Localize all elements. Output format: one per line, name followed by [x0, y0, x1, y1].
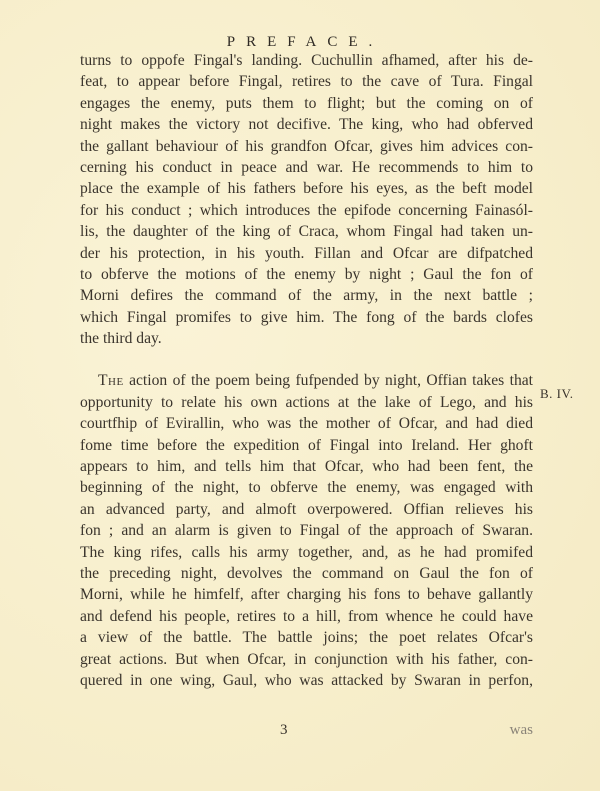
text-line: Morni defires the command of the army, i… [80, 285, 533, 306]
text-line: for his conduct ; which introduces the e… [80, 200, 533, 221]
text-line: turns to oppofe Fingal's landing. Cuchul… [80, 50, 533, 71]
page-footer: 3 was [80, 722, 533, 744]
text-line: an advanced party, and almoft overpowere… [80, 499, 533, 520]
text-line: the third day. [80, 328, 533, 349]
book-page: PREFACE. turns to oppofe Fingal's landin… [0, 0, 600, 791]
text-line: night makes the victory not decifive. Th… [80, 114, 533, 135]
text-line: lis, the daughter of the king of Craca, … [80, 221, 533, 242]
text-line: the gallant behaviour of his grandfon Of… [80, 136, 533, 157]
text-line: der his protection, in his youth. Fillan… [80, 243, 533, 264]
text-line: Morni, while he himfelf, after charging … [80, 584, 533, 605]
text-line: cerning his conduct in peace and war. He… [80, 157, 533, 178]
text-line: quered in one wing, Gaul, who was attack… [80, 670, 533, 691]
text-line: engages the enemy, puts them to flight; … [80, 93, 533, 114]
text-line: fon ; and an alarm is given to Fingal of… [80, 520, 533, 541]
paragraph-2: The action of the poem being fufpended b… [80, 370, 533, 691]
body-text: turns to oppofe Fingal's landing. Cuchul… [80, 50, 533, 691]
paragraph-1: turns to oppofe Fingal's landing. Cuchul… [80, 50, 533, 349]
text-line: The king rifes, calls his army together,… [80, 542, 533, 563]
text-line-first: The action of the poem being fufpended b… [80, 370, 533, 391]
text-line: courtfhip of Evirallin, who was the moth… [80, 413, 533, 434]
paragraph-spacer [80, 349, 533, 370]
text-line: opportunity to relate his own actions at… [80, 392, 533, 413]
text-line: beginning of the night, to obferve the e… [80, 477, 533, 498]
text-line: place the example of his fathers before … [80, 178, 533, 199]
text-line: feat, to appear before Fingal, retires t… [80, 71, 533, 92]
text-line: the preceding night, devolves the comman… [80, 563, 533, 584]
running-header: PREFACE. [0, 34, 600, 51]
text-fragment: action of the poem being fufpended by ni… [124, 372, 533, 389]
margin-note-book-number: B. IV. [540, 386, 573, 402]
text-line: a view of the battle. The battle joins; … [80, 627, 533, 648]
text-line: and defend his people, retires to a hill… [80, 606, 533, 627]
catchword: was [510, 722, 533, 739]
opening-word: The [98, 372, 124, 389]
text-line: which Fingal promifes to give him. The f… [80, 307, 533, 328]
text-line: to obferve the motions of the enemy by n… [80, 264, 533, 285]
text-line: great actions. But when Ofcar, in conjun… [80, 649, 533, 670]
text-line: fome time before the expedition of Finga… [80, 435, 533, 456]
page-number: 3 [280, 722, 288, 739]
text-line: appears to him, and tells him that Ofcar… [80, 456, 533, 477]
